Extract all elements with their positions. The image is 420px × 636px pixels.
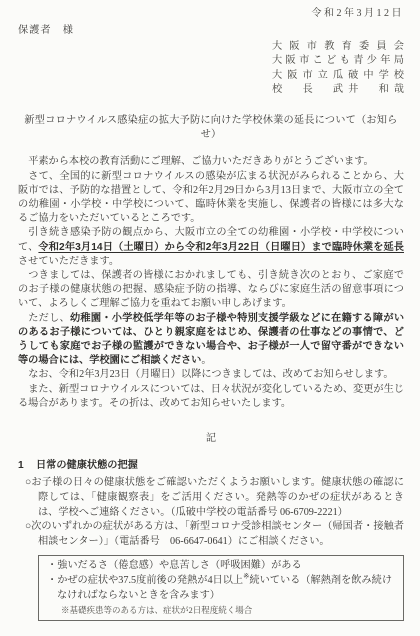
symptom-item-fever-pre-text: かぜの症状や37.5度前後の発熱が4日以上 [57,575,243,586]
paragraph-greeting: 平素から本校の教育活動にご理解、ご協力いただきありがとうございます。 [18,155,404,169]
paragraph-request-to-guardians: つきましては、保護者の皆様におかれましても、引き続き次のとおり、ご家庭でのお子様… [18,269,404,312]
section1-number: 1 [18,459,36,473]
paragraph-after-march23-notice: なお、令和2年3月23日（月曜日）以降につきましては、改めてお知らせします。 [18,368,404,382]
dot-bullet-marker: ・ [47,575,57,586]
symptom-item-fever: ・かぜの症状や37.5度前後の発熱が4日以上※続いている（解熱剤を飲み続けなけれ… [47,574,395,603]
exception-post-text: 。 [201,355,211,366]
sender-block: 大阪市教育委員会 大阪市こども青少年局 大阪市立瓜破中学校 校 長 武井 和哉 [272,40,404,97]
bullet-daily-health-check: ○お子様の日々の健康状態をご確認いただくようお願いします。健康状態の確認に際して… [18,476,404,520]
paragraph-exception-consultation: ただし、幼稚園・小学校低学年等のお子様や特別支援学級などに在籍する障がいのあるお… [18,312,404,369]
section1-heading-text: 日常の健康状態の把握 [36,460,138,471]
paragraph-background: さて、全国的に新型コロナウイルスの感染が広まる状況がみられることから、大阪市では… [18,170,404,227]
paragraph-closure-extension: 引き続き感染予防の観点から、大阪市立の全ての幼稚園・小学校・中学校について、令和… [18,226,404,269]
sender-line-principal-name: 校 長 武井 和哉 [272,83,404,97]
dot-bullet-marker: ・ [47,560,57,571]
section1-bullet-list: ○お子様の日々の健康状態をご確認いただくようお願いします。健康状態の確認に際して… [18,476,404,549]
sender-line-board-of-education: 大阪市教育委員会 [272,40,404,54]
sender-line-children-youth-bureau: 大阪市こども青少年局 [272,54,404,68]
symptom-item-fatigue-text: 強いだるさ（倦怠感）や息苦しさ（呼吸困難）がある [57,560,302,571]
symptom-criteria-box: ・強いだるさ（倦怠感）や息苦しさ（呼吸困難）がある ・かぜの症状や37.5度前後… [38,555,404,621]
symptom-box-footnote: ※基礎疾患等のある方は、症状が2日程度続く場合 [47,604,395,616]
bullet-daily-health-check-text: お子様の日々の健康状態をご確認いただくようお願いします。健康状態の確認に際しては… [31,477,404,517]
document-body: 平素から本校の教育活動にご理解、ご協力いただきありがとうございます。 さて、全国… [18,155,404,411]
sender-line-school-name: 大阪市立瓜破中学校 [272,69,404,83]
closure-extension-period-emphasis: 令和2年3月14日（土曜日）から令和2年3月22日（日曜日）まで臨時休業を延長 [38,242,404,253]
ki-separator-mark: 記 [18,432,404,446]
document-page: 令和2年3月12日 保護者 様 大阪市教育委員会 大阪市こども青少年局 大阪市立… [0,0,420,636]
addressee: 保護者 様 [18,24,404,38]
section1-heading: 1日常の健康状態の把握 [18,459,404,473]
closure-extension-post-text: させていただきます。 [18,256,119,267]
symptom-item-fatigue: ・強いだるさ（倦怠感）や息苦しさ（呼吸困難）がある [47,559,395,574]
document-date: 令和2年3月12日 [18,8,404,20]
exception-pre-text: ただし、 [28,313,70,324]
bullet-consultation-center-text: 次のいずれかの症状がある方は、「新型コロナ受診相談センター（帰国者・接触者相談セ… [31,521,404,547]
paragraph-situation-may-change: また、新型コロナウイルスについては、日々状況が変化しているため、変更が生じる場合… [18,383,404,411]
bullet-consultation-center: ○次のいずれかの症状がある方は、「新型コロナ受診相談センター（帰国者・接触者相談… [18,520,404,549]
document-title: 新型コロナウイルス感染症の拡大予防に向けた学校休業の延長について（お知らせ） [18,114,404,142]
